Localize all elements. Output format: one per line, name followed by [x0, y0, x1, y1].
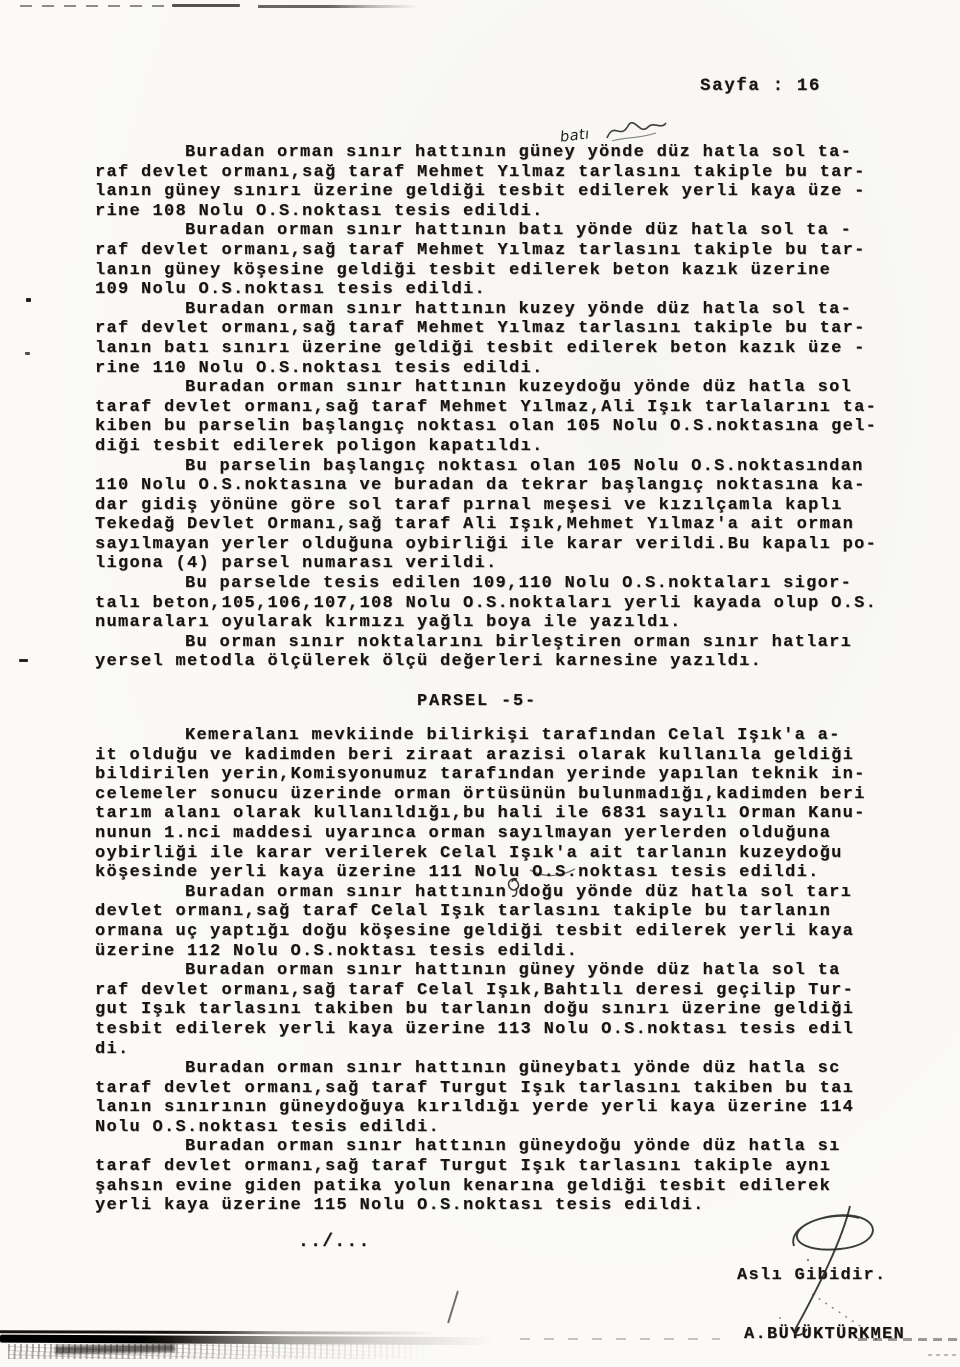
handwritten-signature-icon — [690, 1198, 920, 1348]
typed-line: 110 Nolu O.S.noktasına ve buradan da tek… — [95, 476, 905, 496]
typed-line: taraf devlet ormanı,sağ taraf Turgut Işı… — [95, 1079, 905, 1099]
caret-loop-mark-icon — [503, 876, 525, 898]
typed-line: raf devlet ormanı,sağ taraf Mehmet Yılma… — [95, 319, 905, 339]
pen-underline-icon — [528, 866, 578, 880]
typed-line: Buradan orman sınır hattının güneydoğu y… — [95, 1137, 905, 1157]
scanned-document-page: { "page": { "header": "Sayfa : 16", "par… — [0, 0, 960, 1367]
typed-line: sayılmayan yerler olduğuna oybirliği ile… — [95, 535, 905, 555]
typed-line: tesbit edilerek yerli kaya üzerine 113 N… — [95, 1020, 905, 1040]
page-number: Sayfa : 16 — [700, 76, 821, 96]
scan-smudge-top-right — [258, 5, 418, 8]
typed-line: gut Işık tarlasını takiben bu tarlanın d… — [95, 1000, 905, 1020]
typed-line: di. — [95, 1040, 905, 1060]
typed-line: Bu parselin başlangıç noktası olan 105 N… — [95, 457, 905, 477]
typed-line: celemeler sonucu üzerinde orman örtüsünü… — [95, 785, 905, 805]
typed-line: Bu parselde tesis edilen 109,110 Nolu O.… — [95, 574, 905, 594]
typed-line: üzerine 112 Nolu O.S.noktası tesis edild… — [95, 942, 905, 962]
typed-line: ligona (4) parsel numarası verildi. — [95, 554, 905, 574]
typed-line: taraf devlet ormanı,sağ taraf Mehmet Yıl… — [95, 398, 905, 418]
typed-line: yersel metodla ölçülerek ölçü değerleri … — [95, 652, 905, 672]
typed-line: taraf devlet ormanı,sağ taraf Turgut Işı… — [95, 1157, 905, 1177]
typed-line: oybirliği ile karar verilerek Celal Işık… — [95, 844, 905, 864]
typed-line: şahsın evine giden patika yolun kenarına… — [95, 1177, 905, 1197]
typed-line: Buradan orman sınır hattının batı yönde … — [95, 221, 905, 241]
typed-line: lanın güney sınırı üzerine geldiği tesbi… — [95, 182, 905, 202]
typed-line: rine 110 Nolu O.S.noktası tesis edildi. — [95, 359, 905, 379]
typed-line: talı beton,105,106,107,108 Nolu O.S.nokt… — [95, 594, 905, 614]
typed-line: Buradan orman sınır hattının kuzeydoğu y… — [95, 378, 905, 398]
typed-line: raf devlet ormanı,sağ taraf Mehmet Yılma… — [95, 241, 905, 261]
typed-line: ormana uç yaptığı doğu köşesine geldiği … — [95, 922, 905, 942]
typed-line: it olduğu ve kadimden beri ziraat arazis… — [95, 746, 905, 766]
typed-line: Nolu O.S.noktası tesis edildi. — [95, 1118, 905, 1138]
typed-line: tarım alanı olarak kullanıldığı,bu hali … — [95, 804, 905, 824]
typed-line: raf devlet ormanı,sağ taraf Celal Işık,B… — [95, 981, 905, 1001]
margin-speck — [25, 352, 30, 355]
initials-paraph-squiggle-icon — [604, 117, 670, 145]
bottom-scan-dashes-right — [858, 1338, 958, 1341]
typed-line: Buradan orman sınır hattının doğu yönde … — [95, 883, 905, 903]
typed-line: rine 108 Nolu O.S.noktası tesis edildi. — [95, 202, 905, 222]
typed-line: dar gidiş yönüne göre sol taraf pırnal m… — [95, 496, 905, 516]
typed-line: nunun 1.nci maddesi uyarınca orman sayıl… — [95, 824, 905, 844]
scan-smudge-top-left — [20, 5, 170, 7]
typed-line: Buradan orman sınır hattının kuzey yönde… — [95, 300, 905, 320]
typed-line: lanın sınırının güneydoğuya kırıldığı ye… — [95, 1098, 905, 1118]
body-text-bottom: Kemeralanı mevkiinde bilirkişi tarafında… — [95, 726, 905, 1216]
bottom-scan-dashes-mid — [520, 1338, 720, 1340]
scan-smudge-top-dark — [172, 4, 240, 7]
typed-line: lanın batı sınırı üzerine geldiği tesbit… — [95, 339, 905, 359]
typed-line: köşesinde yerli kaya üzerine 111 Nolu O.… — [95, 863, 905, 883]
typed-line: Tekedağ Devlet Ormanı,sağ taraf Ali Işık… — [95, 515, 905, 535]
typed-line: Kemeralanı mevkiinde bilirkişi tarafında… — [95, 726, 905, 746]
typed-line: diği tesbit edilerek poligon kapatıldı. — [95, 437, 905, 457]
continuation-dots: ../... — [298, 1232, 371, 1252]
bottom-scan-speck-right — [928, 1354, 958, 1356]
margin-speck — [19, 659, 28, 662]
typed-line: devlet ormanı,sağ taraf Celal Işık tarla… — [95, 902, 905, 922]
typed-line: Buradan orman sınır hattının güneybatı y… — [95, 1059, 905, 1079]
parsel-5-heading: PARSEL -5- — [417, 692, 537, 711]
margin-speck — [26, 298, 31, 302]
typed-line: Bu orman sınır noktalarını birleştiren o… — [95, 633, 905, 653]
typed-line: raf devlet ormanı,sağ taraf Mehmet Yılma… — [95, 163, 905, 183]
typed-line: bildirilen yerin,Komisyonumuz tarafından… — [95, 765, 905, 785]
typed-line: Buradan orman sınır hattının güney yönde… — [95, 143, 905, 163]
typed-line: numaraları oyularak kırmızı yağlı boya i… — [95, 613, 905, 633]
body-text-top: Buradan orman sınır hattının güney yönde… — [95, 143, 905, 672]
typed-line: Buradan orman sınır hattının güney yönde… — [95, 961, 905, 981]
typed-line: lanın güney köşesine geldiği tesbit edil… — [95, 261, 905, 281]
diagonal-pen-stroke — [447, 1290, 459, 1323]
typed-line: kiben bu parselin başlangıç noktası olan… — [95, 417, 905, 437]
typed-line: 109 Nolu O.S.noktası tesis edildi. — [95, 280, 905, 300]
